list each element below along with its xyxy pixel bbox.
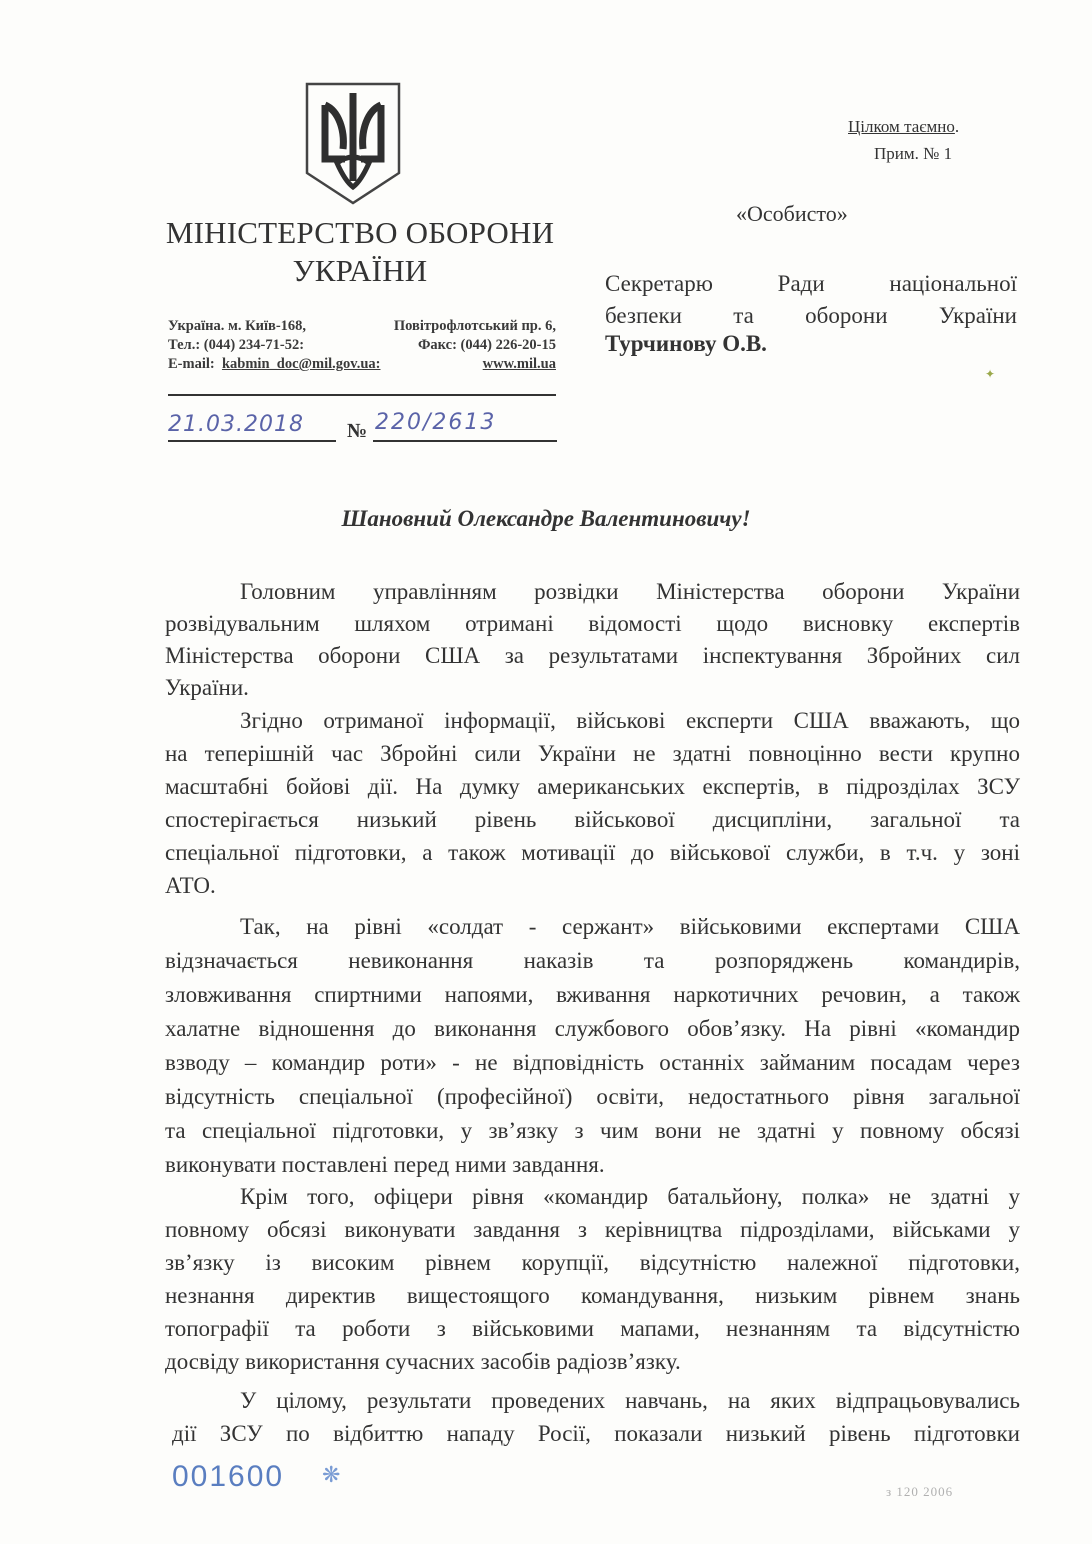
date-underline bbox=[168, 440, 336, 442]
body-line: незнання директив вищестоящого командува… bbox=[165, 1280, 1020, 1312]
ministry-name-line1: МІНІСТЕРСТВО ОБОРОНИ bbox=[160, 214, 560, 252]
ministry-name-line2: УКРАЇНИ bbox=[160, 252, 560, 290]
body-line: халатне відношення до виконання службово… bbox=[165, 1013, 1020, 1045]
body-line: України. bbox=[165, 672, 1020, 704]
body-line: зв’язку із високим рівнем корупції, відс… bbox=[165, 1247, 1020, 1279]
number-sign: № bbox=[347, 420, 367, 443]
body-line: Головним управлінням розвідки Міністерст… bbox=[165, 576, 1020, 608]
body-line: АТО. bbox=[165, 870, 1020, 902]
body-line: Крім того, офіцери рівня «командир батал… bbox=[165, 1181, 1020, 1213]
snowflake-mark-icon: ❋ bbox=[322, 1462, 340, 1488]
form-code: з 120 2006 bbox=[886, 1484, 953, 1500]
body-line: У цілому, результати проведених навчань,… bbox=[165, 1385, 1020, 1417]
body-line: відсутність спеціальної (професійної) ос… bbox=[165, 1081, 1020, 1113]
body-line: взводу – командир роти» - не відповідніс… bbox=[165, 1047, 1020, 1079]
body-line: розвідувальним шляхом отримані відомості… bbox=[165, 608, 1020, 640]
phone-fax-row: Тел.: (044) 234-71-52: Факс: (044) 226-2… bbox=[168, 336, 556, 355]
body-line: спеціальної підготовки, а також мотиваці… bbox=[165, 837, 1020, 869]
fax: Факс: (044) 226-20-15 bbox=[418, 336, 556, 355]
classification-text: Цілком таємно bbox=[848, 117, 955, 136]
email-web-row: E-mail: kabmin_doc@mil.gov.ua: www.mil.u… bbox=[168, 355, 556, 374]
body-line: Згідно отриманої інформації, військові е… bbox=[165, 705, 1020, 737]
body-line: Так, на рівні «солдат - сержант» військо… bbox=[165, 911, 1020, 943]
body-line: та спеціальної підготовки, у зв’язку з ч… bbox=[165, 1115, 1020, 1147]
body-line: дії ЗСУ по відбиттю нападу Росії, показа… bbox=[172, 1418, 1020, 1450]
email-link[interactable]: kabmin_doc@mil.gov.ua: bbox=[222, 356, 381, 372]
email-label: E-mail: bbox=[168, 356, 215, 372]
registration-number: 220/2613 bbox=[375, 410, 555, 435]
registration-date: 21.03.2018 bbox=[168, 412, 336, 437]
phone: Тел.: (044) 234-71-52: bbox=[168, 336, 304, 355]
body-line: повному обсязі виконувати завдання з кер… bbox=[165, 1214, 1020, 1246]
addressee-line2: безпеки та оборони України bbox=[605, 297, 1017, 334]
website-link[interactable]: www.mil.ua bbox=[483, 355, 556, 374]
salutation: Шановний Олександре Валентиновичу! bbox=[0, 506, 1092, 532]
addressee-name: Турчинову О.В. bbox=[605, 331, 767, 357]
number-underline bbox=[373, 440, 557, 442]
address-city: Україна. м. Київ-168, bbox=[168, 317, 306, 336]
body-line: Міністерства оборони США за результатами… bbox=[165, 640, 1020, 672]
classification-dot: . bbox=[955, 117, 959, 136]
body-line: масштабні бойові дії. На думку американс… bbox=[165, 771, 1020, 803]
classification-stamp: Цілком таємно. bbox=[848, 117, 959, 137]
address-row: Україна. м. Київ-168, Повітрофлотський п… bbox=[168, 317, 556, 336]
copy-number: Прим. № 1 bbox=[874, 144, 952, 164]
serial-number-stamp: 001600 bbox=[172, 1460, 284, 1494]
body-line: зловживання спиртними напоями, вживання … bbox=[165, 979, 1020, 1011]
body-line: топографії та роботи з військовими мапам… bbox=[165, 1313, 1020, 1345]
trident-coat-of-arms-icon bbox=[303, 81, 403, 206]
body-line: виконувати поставлені перед ними завданн… bbox=[165, 1149, 1020, 1181]
address-street: Повітрофлотський пр. 6, bbox=[394, 317, 556, 336]
body-line: досвіду використання сучасних засобів ра… bbox=[165, 1346, 1020, 1378]
body-line: відзначається невиконання наказів та роз… bbox=[165, 945, 1020, 977]
personal-mark: «Особисто» bbox=[736, 201, 848, 227]
body-line: на теперішній час Збройні сили України н… bbox=[165, 738, 1020, 770]
letterhead-divider bbox=[168, 394, 556, 396]
scan-speck: ✦ bbox=[985, 367, 995, 382]
body-line: спостерігається низький рівень військово… bbox=[165, 804, 1020, 836]
